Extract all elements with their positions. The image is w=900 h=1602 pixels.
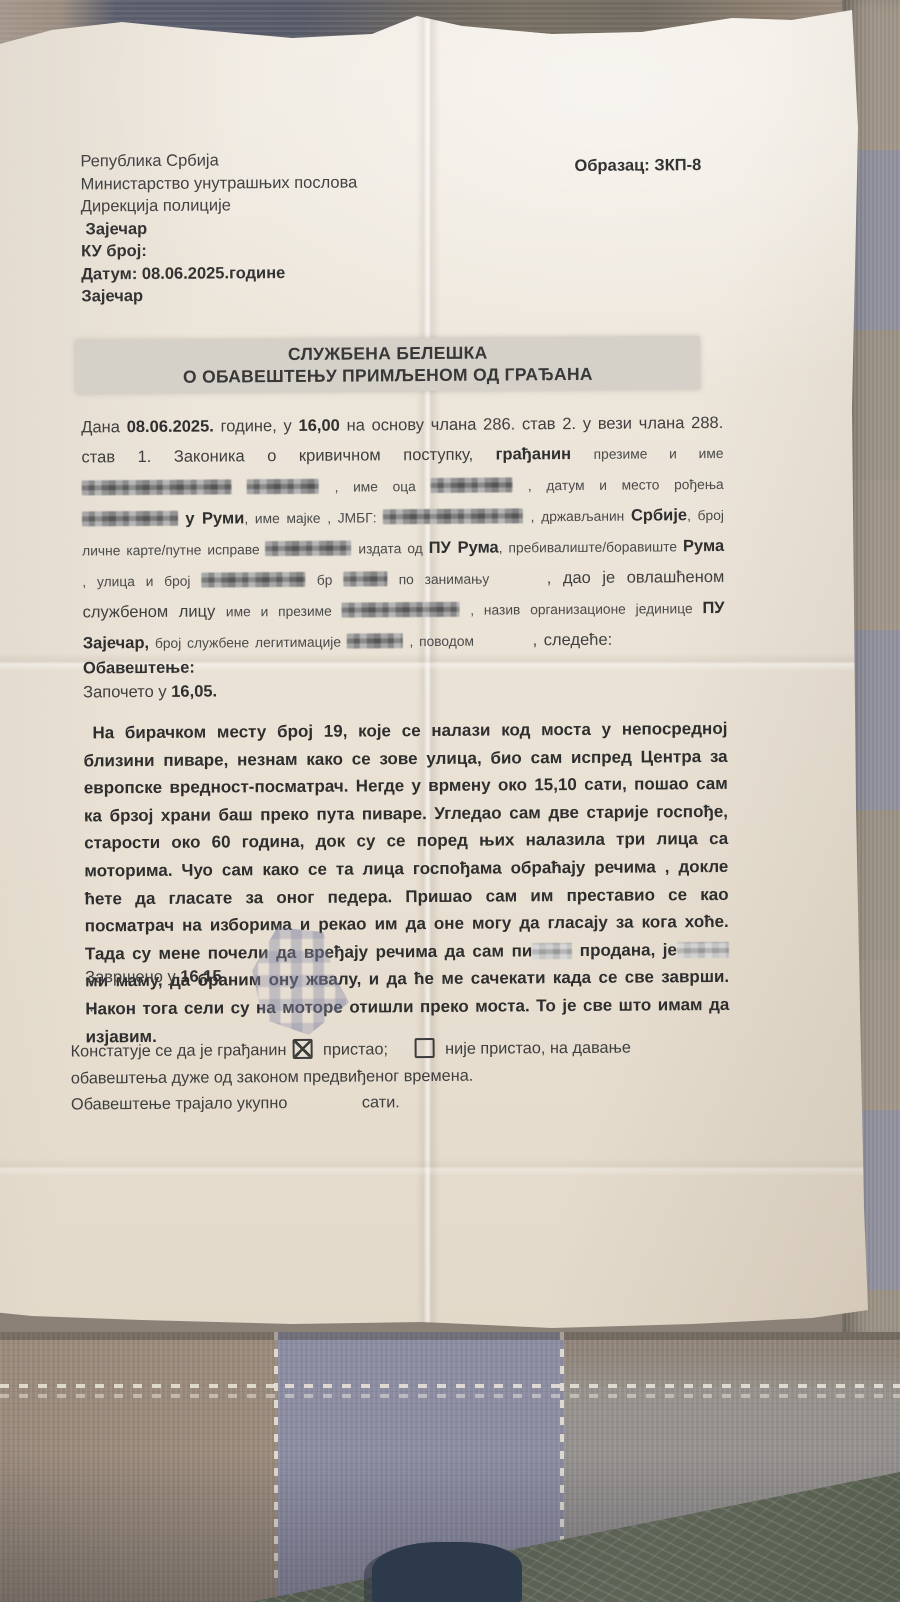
notice-label: Обавештење: bbox=[83, 659, 195, 679]
text-segment: , име оца bbox=[334, 479, 430, 495]
doc-header: Република СрбијаМинистарство унутрашњих … bbox=[80, 149, 358, 308]
text-segment: 08.06.2025. bbox=[127, 418, 214, 437]
header-line: Датум: 08.06.2025.године bbox=[81, 261, 358, 285]
header-line: Зајечар bbox=[81, 216, 358, 240]
redaction-box bbox=[343, 571, 387, 586]
text-segment: Констатује се да је грађанин bbox=[71, 1041, 287, 1061]
text-segment: сати. bbox=[362, 1093, 400, 1111]
redaction-box bbox=[266, 541, 352, 557]
text-segment: године, у bbox=[214, 417, 299, 436]
tablecloth-bottom bbox=[0, 1332, 900, 1602]
text-segment: Рума bbox=[683, 537, 724, 555]
consent-section: Констатује се да је грађанин пристао; ни… bbox=[71, 1034, 740, 1118]
text-segment: није пристао, на давање bbox=[445, 1039, 631, 1058]
photo-scene: Република СрбијаМинистарство унутрашњих … bbox=[0, 0, 900, 1602]
doc-content: Република СрбијаМинистарство унутрашњих … bbox=[0, 5, 875, 1341]
header-line: Дирекција полиције bbox=[81, 194, 358, 218]
header-line: КУ број: bbox=[81, 239, 358, 263]
text-segment: продана, је bbox=[580, 940, 677, 960]
text-segment: по занимању bbox=[399, 572, 490, 588]
redaction-box bbox=[342, 602, 460, 618]
statement-paragraph: На бирачком месту број 19, које се налаз… bbox=[83, 715, 729, 1051]
text-segment: презиме и име bbox=[594, 446, 724, 462]
text-segment: , држављанин bbox=[531, 509, 631, 525]
stray-period: . bbox=[89, 998, 94, 1016]
checkbox-empty bbox=[414, 1038, 434, 1058]
text-segment: Завршено у bbox=[85, 968, 180, 987]
started-line: Започето у 16,05. bbox=[83, 682, 217, 702]
dark-object bbox=[372, 1542, 522, 1602]
text-segment: , поводом bbox=[409, 634, 474, 649]
text-segment: издата од bbox=[358, 541, 428, 556]
intro-paragraph: Дана 08.06.2025. године, у 16,00 на осно… bbox=[81, 408, 725, 659]
redaction-box bbox=[430, 477, 512, 493]
text-segment: пристао; bbox=[323, 1040, 388, 1058]
finished-line: Завршено у 16,15 bbox=[85, 967, 222, 987]
text-segment: име и презиме bbox=[226, 604, 342, 620]
text-segment: Започето у bbox=[83, 683, 171, 702]
doc-title: СЛУЖБЕНА БЕЛЕШКА О ОБАВЕШТЕЊУ ПРИМЉЕНОМ … bbox=[76, 336, 700, 393]
redaction-box bbox=[82, 479, 232, 495]
duration-line: Обавештење трајало укупно сати. bbox=[71, 1087, 739, 1118]
text-segment: 16,00 bbox=[298, 417, 339, 435]
form-code: Образац: ЗКП-8 bbox=[574, 156, 701, 176]
text-segment: 16,05. bbox=[171, 682, 217, 700]
text-segment: , датум и место рођења bbox=[528, 477, 724, 493]
text-segment: број службене легитимације bbox=[149, 635, 347, 651]
text-segment: , назив организационе јединице bbox=[470, 601, 702, 618]
redaction-box bbox=[532, 943, 572, 959]
text-segment: ПУ Рума bbox=[429, 539, 499, 557]
redaction-box bbox=[82, 511, 178, 527]
text-segment: На бирачком месту број 19, које се налаз… bbox=[84, 719, 729, 963]
text-segment: 16,15 bbox=[180, 967, 221, 985]
redaction-box bbox=[201, 572, 305, 588]
redaction-box bbox=[247, 479, 319, 495]
text-segment: Дана bbox=[81, 418, 127, 436]
text-segment: , следеће: bbox=[533, 631, 613, 650]
text-segment: Обавештење трајало укупно bbox=[71, 1094, 287, 1114]
redaction-box bbox=[677, 942, 729, 958]
redaction-box bbox=[383, 508, 523, 524]
text-segment: грађанин bbox=[496, 445, 594, 464]
text-segment: бр bbox=[317, 573, 343, 588]
paper-document: Република СрбијаМинистарство унутрашњих … bbox=[0, 8, 870, 1338]
checkbox-checked bbox=[292, 1039, 312, 1059]
header-line: Зајечар bbox=[81, 283, 358, 307]
doc-title-line2: О ОБАВЕШТЕЊУ ПРИМЉЕНОМ ОД ГРАЂАНА bbox=[76, 362, 700, 388]
header-line: Министарство унутрашњих послова bbox=[81, 171, 358, 195]
text-segment: , улица и број bbox=[82, 574, 201, 590]
text-segment: Србије bbox=[631, 506, 687, 524]
redaction-box bbox=[347, 633, 403, 648]
text-segment: у Руми bbox=[185, 509, 244, 527]
header-line: Република Србија bbox=[80, 149, 357, 173]
text-segment: , име мајке , ЈМБГ: bbox=[244, 510, 383, 526]
text-segment: , пребивалиште/боравиште bbox=[499, 539, 683, 555]
